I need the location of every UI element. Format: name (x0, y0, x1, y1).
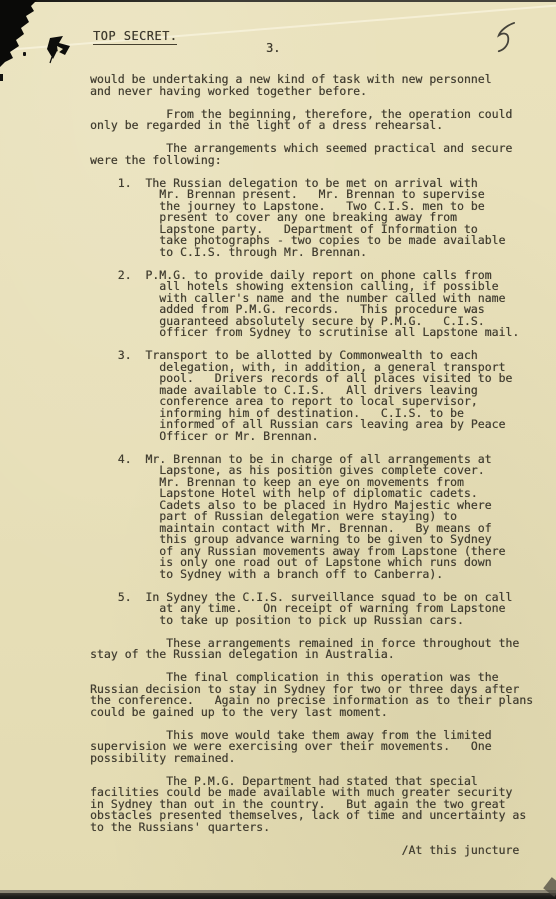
numbered-item-2: 2. P.M.G. to provide daily report on pho… (90, 270, 550, 339)
handwritten-page-number (489, 21, 521, 57)
numbered-item-1: 1. The Russian delegation to be met on a… (90, 178, 550, 259)
paragraph-this-move: This move would take them away from the … (90, 730, 550, 765)
torn-corner (0, 0, 80, 90)
document-page: TOP SECRET. 3. would be undertaking a ne… (0, 0, 556, 899)
paragraph-arrangements-remained: These arrangements remained in force thr… (90, 638, 550, 661)
paragraph-dress-rehearsal: From the beginning, therefore, the opera… (90, 109, 550, 132)
numbered-item-5: 5. In Sydney the C.I.S. surveillance squ… (90, 592, 550, 627)
scan-bottom-edge (0, 893, 556, 899)
scan-top-edge (0, 0, 556, 2)
catchword: /At this juncture (90, 845, 550, 857)
paragraph-final-complication: The final complication in this operation… (90, 672, 550, 718)
numbered-item-3: 3. Transport to be allotted by Commonwea… (90, 350, 550, 442)
ink-speck (23, 52, 26, 56)
paragraph-pmg-department: The P.M.G. Department had stated that sp… (90, 776, 550, 834)
classification-label: TOP SECRET. (93, 29, 177, 45)
paragraph-continuation: would be undertaking a new kind of task … (90, 74, 550, 97)
document-body: would be undertaking a new kind of task … (90, 74, 550, 868)
numbered-item-4: 4. Mr. Brennan to be in charge of all ar… (90, 454, 550, 581)
page-number: 3. (266, 41, 280, 55)
paragraph-arrangements-intro: The arrangements which seemed practical … (90, 143, 550, 166)
edge-speck (0, 74, 3, 81)
